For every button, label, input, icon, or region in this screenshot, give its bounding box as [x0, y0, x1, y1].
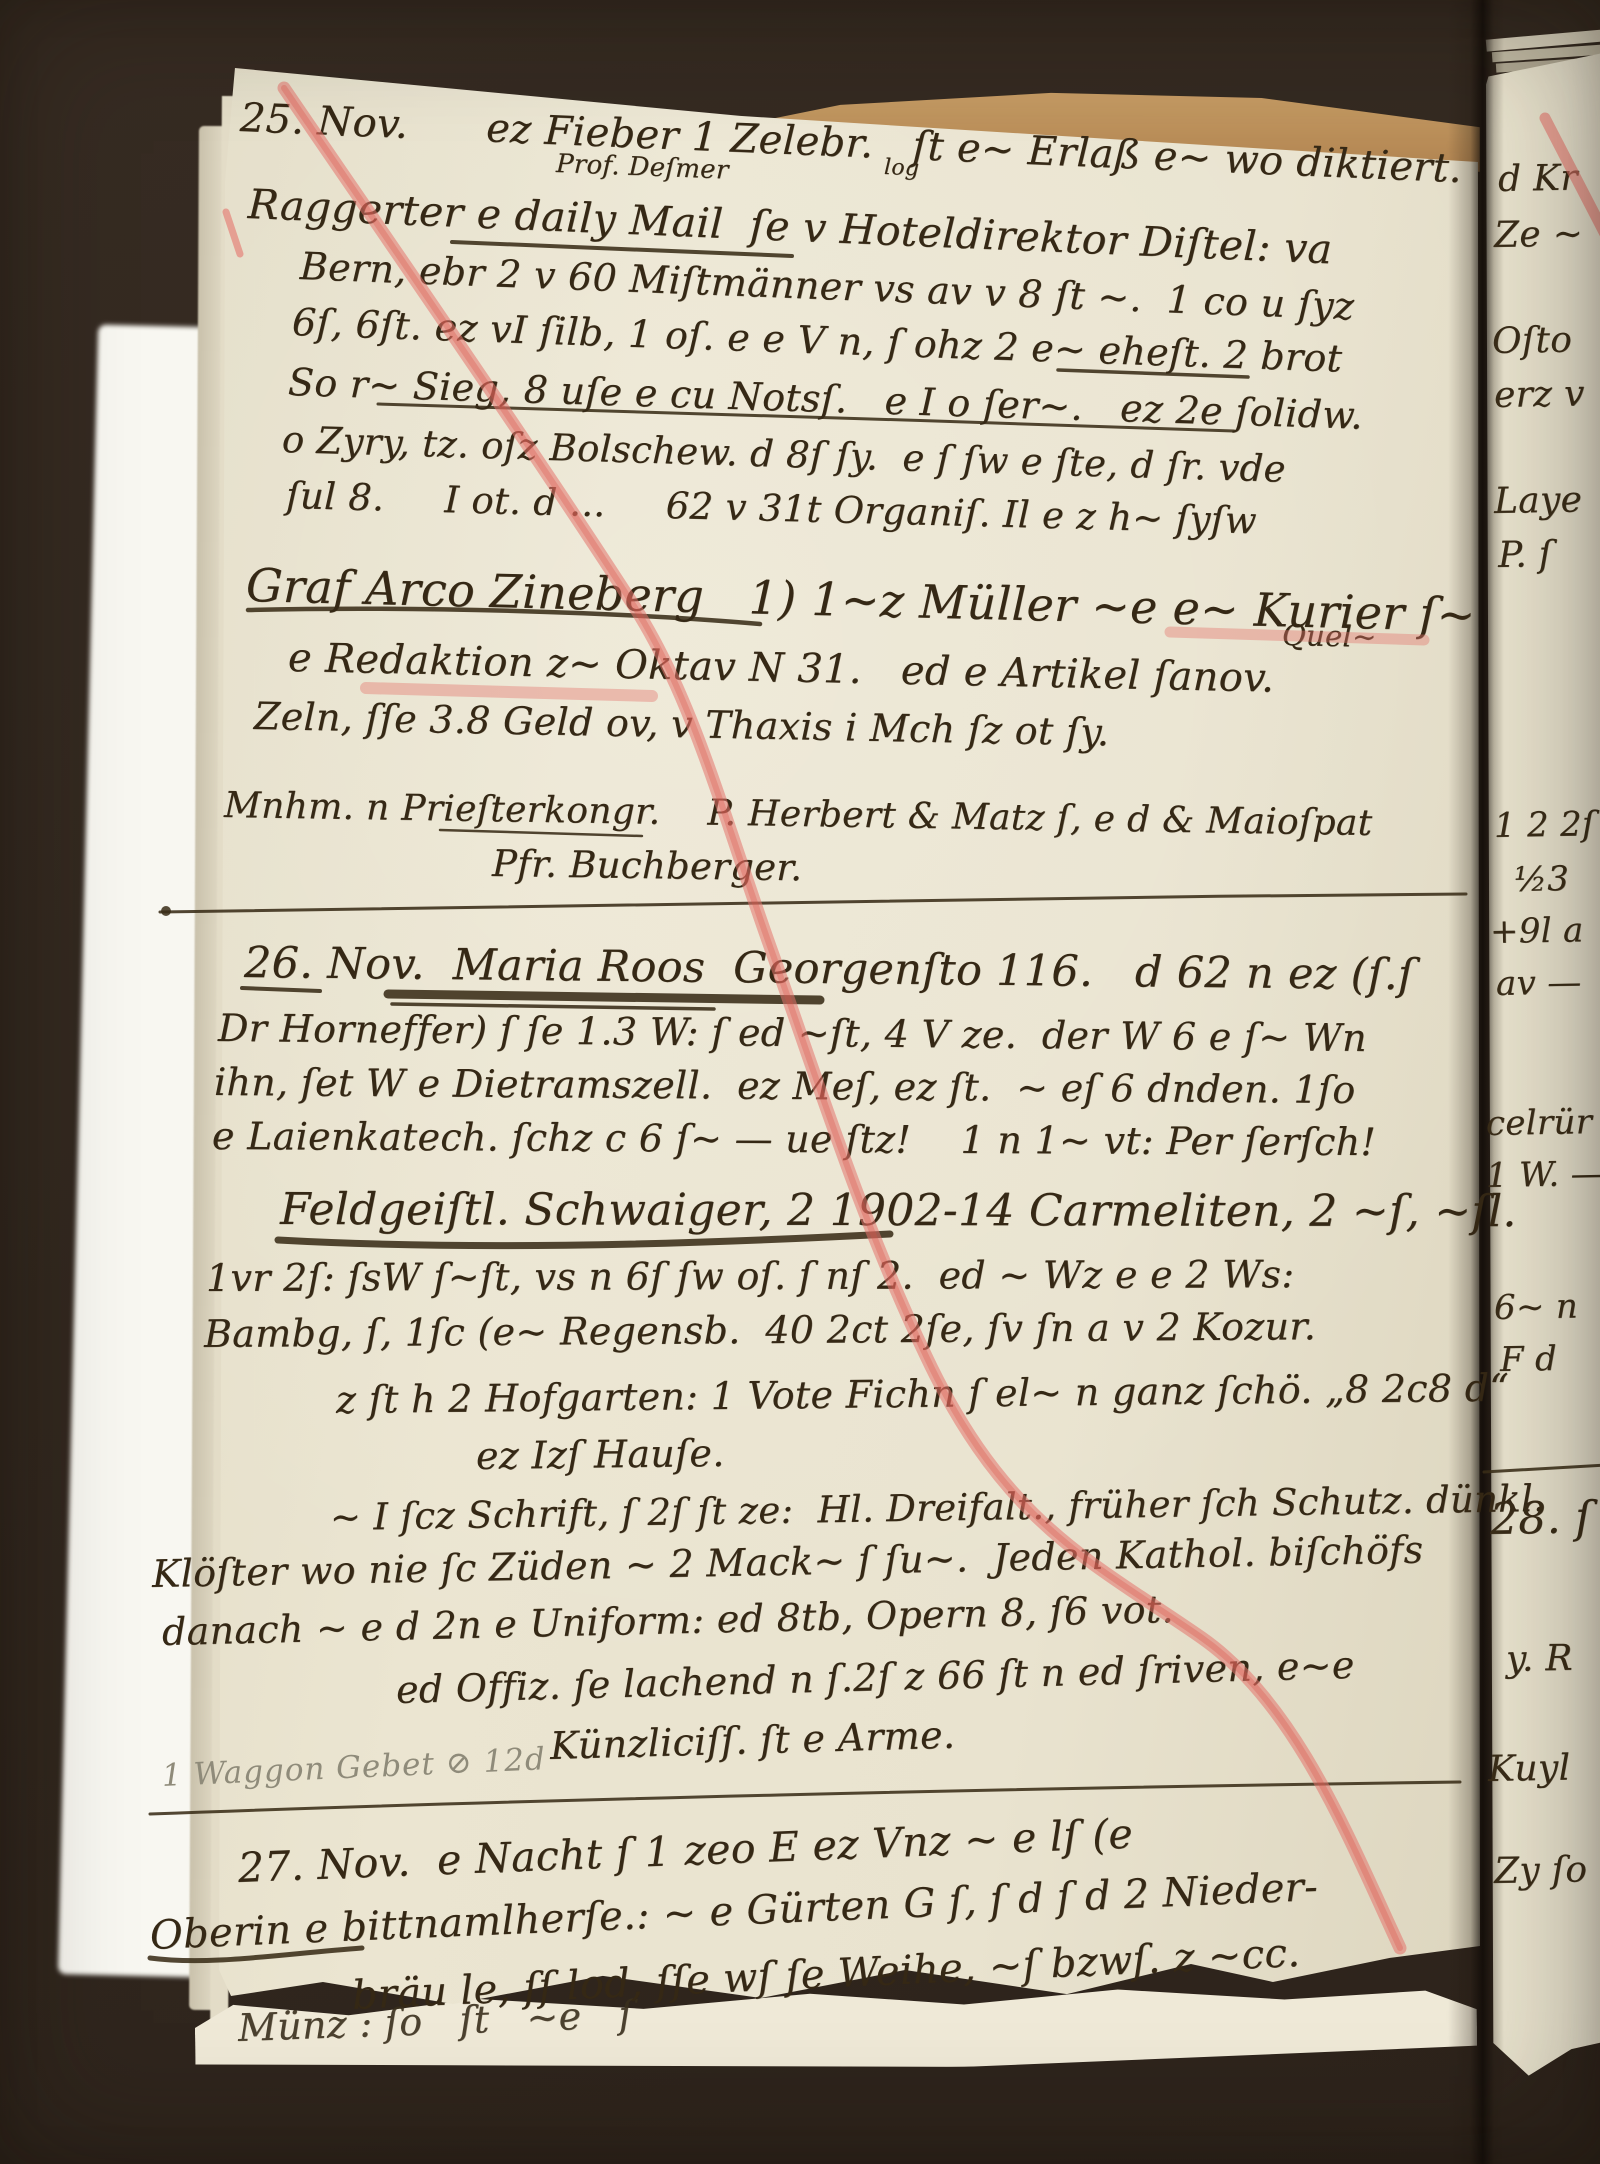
manuscript-scan: Münz : ſo ſt ~e ſ 25. Nov. ez Fieber: [0, 0, 1600, 2164]
photo-vignette: [0, 0, 1600, 2164]
